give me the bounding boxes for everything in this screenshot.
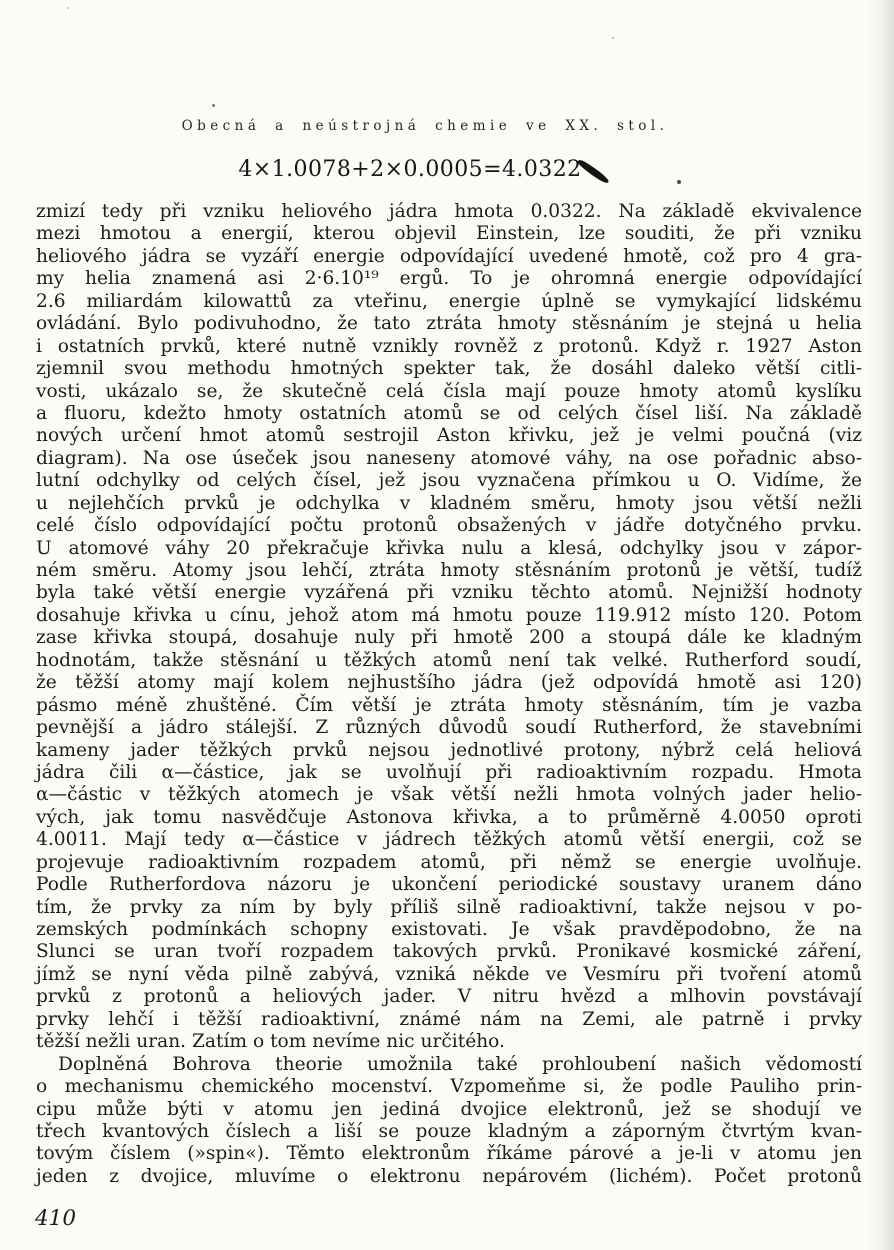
text-line: pevnější a jádro stálejší. Z různých dův… (36, 717, 862, 739)
text-line: jeden z dvojice, mluvíme o elektronu nep… (36, 1166, 862, 1188)
page-number: 410 (35, 1206, 76, 1231)
text-line: vosti, ukázalo se, že skutečně celá čísl… (36, 381, 862, 403)
text-line: nových určení hmot atomů sestrojil Aston… (36, 425, 862, 447)
text-line: 2.6 miliardám kilowattů za vteřinu, ener… (36, 291, 862, 313)
text-line: dosahuje křivka u cínu, jehož atom má hm… (36, 605, 862, 627)
text-line: tovým číslem (»spin«). Těmto elektronům … (36, 1143, 862, 1165)
text-line: Doplněná Bohrova theorie umožnila také p… (36, 1054, 862, 1076)
mass-equation: 4×1.0078+2×0.0005=4.0322 (238, 157, 581, 182)
text-line: Slunci se uran tvoří rozpadem takových p… (36, 941, 862, 963)
text-line: těžší nežli uran. Zatím o tom nevíme nic… (36, 1031, 862, 1053)
scan-speck (67, 7, 69, 9)
formula-row: 4×1.0078+2×0.0005=4.0322 (0, 150, 850, 182)
text-line: kameny jader těžkých prvků nejsou jednot… (36, 740, 862, 762)
text-line: mezi hmotou a energií, kterou objevil Ei… (36, 223, 862, 245)
text-line: heliového jádra se vyzáří energie odpoví… (36, 246, 862, 268)
ink-smudge-icon (576, 159, 612, 189)
text-line: 4.0011. Mají tedy α—částice v jádrech tě… (36, 829, 862, 851)
text-line: i ostatních prvků, které nutně vznikly r… (36, 336, 862, 358)
text-line: celé číslo odpovídající počtu protonů ob… (36, 515, 862, 537)
text-line: ném směru. Atomy jsou lehčí, ztráta hmot… (36, 560, 862, 582)
text-line: že těžší atomy mají kolem nejhustšího já… (36, 672, 862, 694)
text-line: diagram). Na ose úseček jsou naneseny at… (36, 448, 862, 470)
body-text: zmizí tedy při vzniku heliového jádra hm… (36, 201, 862, 1188)
text-line: projevuje radioaktivním rozpadem atomů, … (36, 852, 862, 874)
text-line: zmizí tedy při vzniku heliového jádra hm… (36, 201, 862, 223)
scan-speck (612, 37, 614, 39)
scan-speck (212, 104, 215, 107)
text-line: jádra čili α—částice, jak se uvolňují př… (36, 762, 862, 784)
text-line: třech kvantových číslech a liší se pouze… (36, 1121, 862, 1143)
text-line: U atomové váhy 20 překračuje křivka nulu… (36, 538, 862, 560)
text-line: ovládání. Bylo podivuhodno, že tato ztrá… (36, 313, 862, 335)
text-line: pásmo méně zhuštěné. Čím větší je ztráta… (36, 695, 862, 717)
text-line: zase křivka stoupá, dosahuje nuly při hm… (36, 627, 862, 649)
text-line: my helia znamená asi 2·6.10¹⁹ ergů. To j… (36, 268, 862, 290)
page-edge-shadow (868, 0, 894, 1250)
text-line: hodnotám, takže stěsnání u těžkých atomů… (36, 650, 862, 672)
book-page-scan: Obecná a neústrojná chemie ve XX. stol. … (0, 0, 894, 1250)
text-line: cipu může býti v atomu jen jediná dvojic… (36, 1099, 862, 1121)
text-line: vých, jak tomu nasvědčuje Astonova křivk… (36, 807, 862, 829)
text-line: prvků z protonů a heliových jader. V nit… (36, 986, 862, 1008)
running-header: Obecná a neústrojná chemie ve XX. stol. (0, 118, 850, 134)
text-line: Podle Rutherfordova názoru je ukončení p… (36, 874, 862, 896)
text-line: prvky lehčí i těžší radioaktivní, známé … (36, 1009, 862, 1031)
text-line: o mechanismu chemického mocenství. Vzpom… (36, 1076, 862, 1098)
text-line: a fluoru, kdežto hmoty ostatních atomů s… (36, 403, 862, 425)
text-line: lutní odchylky od celých čísel, jež jsou… (36, 470, 862, 492)
text-line: jímž se nyní věda pilně zabývá, vzniká n… (36, 964, 862, 986)
text-line: zjemnil svou methodu hmotných spekter ta… (36, 358, 862, 380)
text-line: tím, že prvky za ním by byly příliš siln… (36, 897, 862, 919)
paragraph: Doplněná Bohrova theorie umožnila také p… (36, 1054, 862, 1189)
text-line: α—částic v těžkých atomech je však větší… (36, 784, 862, 806)
paragraph: zmizí tedy při vzniku heliového jádra hm… (36, 201, 862, 1054)
text-line: u nejlehčích prvků je odchylka v kladném… (36, 493, 862, 515)
text-line: zemských podmínkách schopny existovati. … (36, 919, 862, 941)
text-line: byla také větší energie vyzářená při vzn… (36, 582, 862, 604)
